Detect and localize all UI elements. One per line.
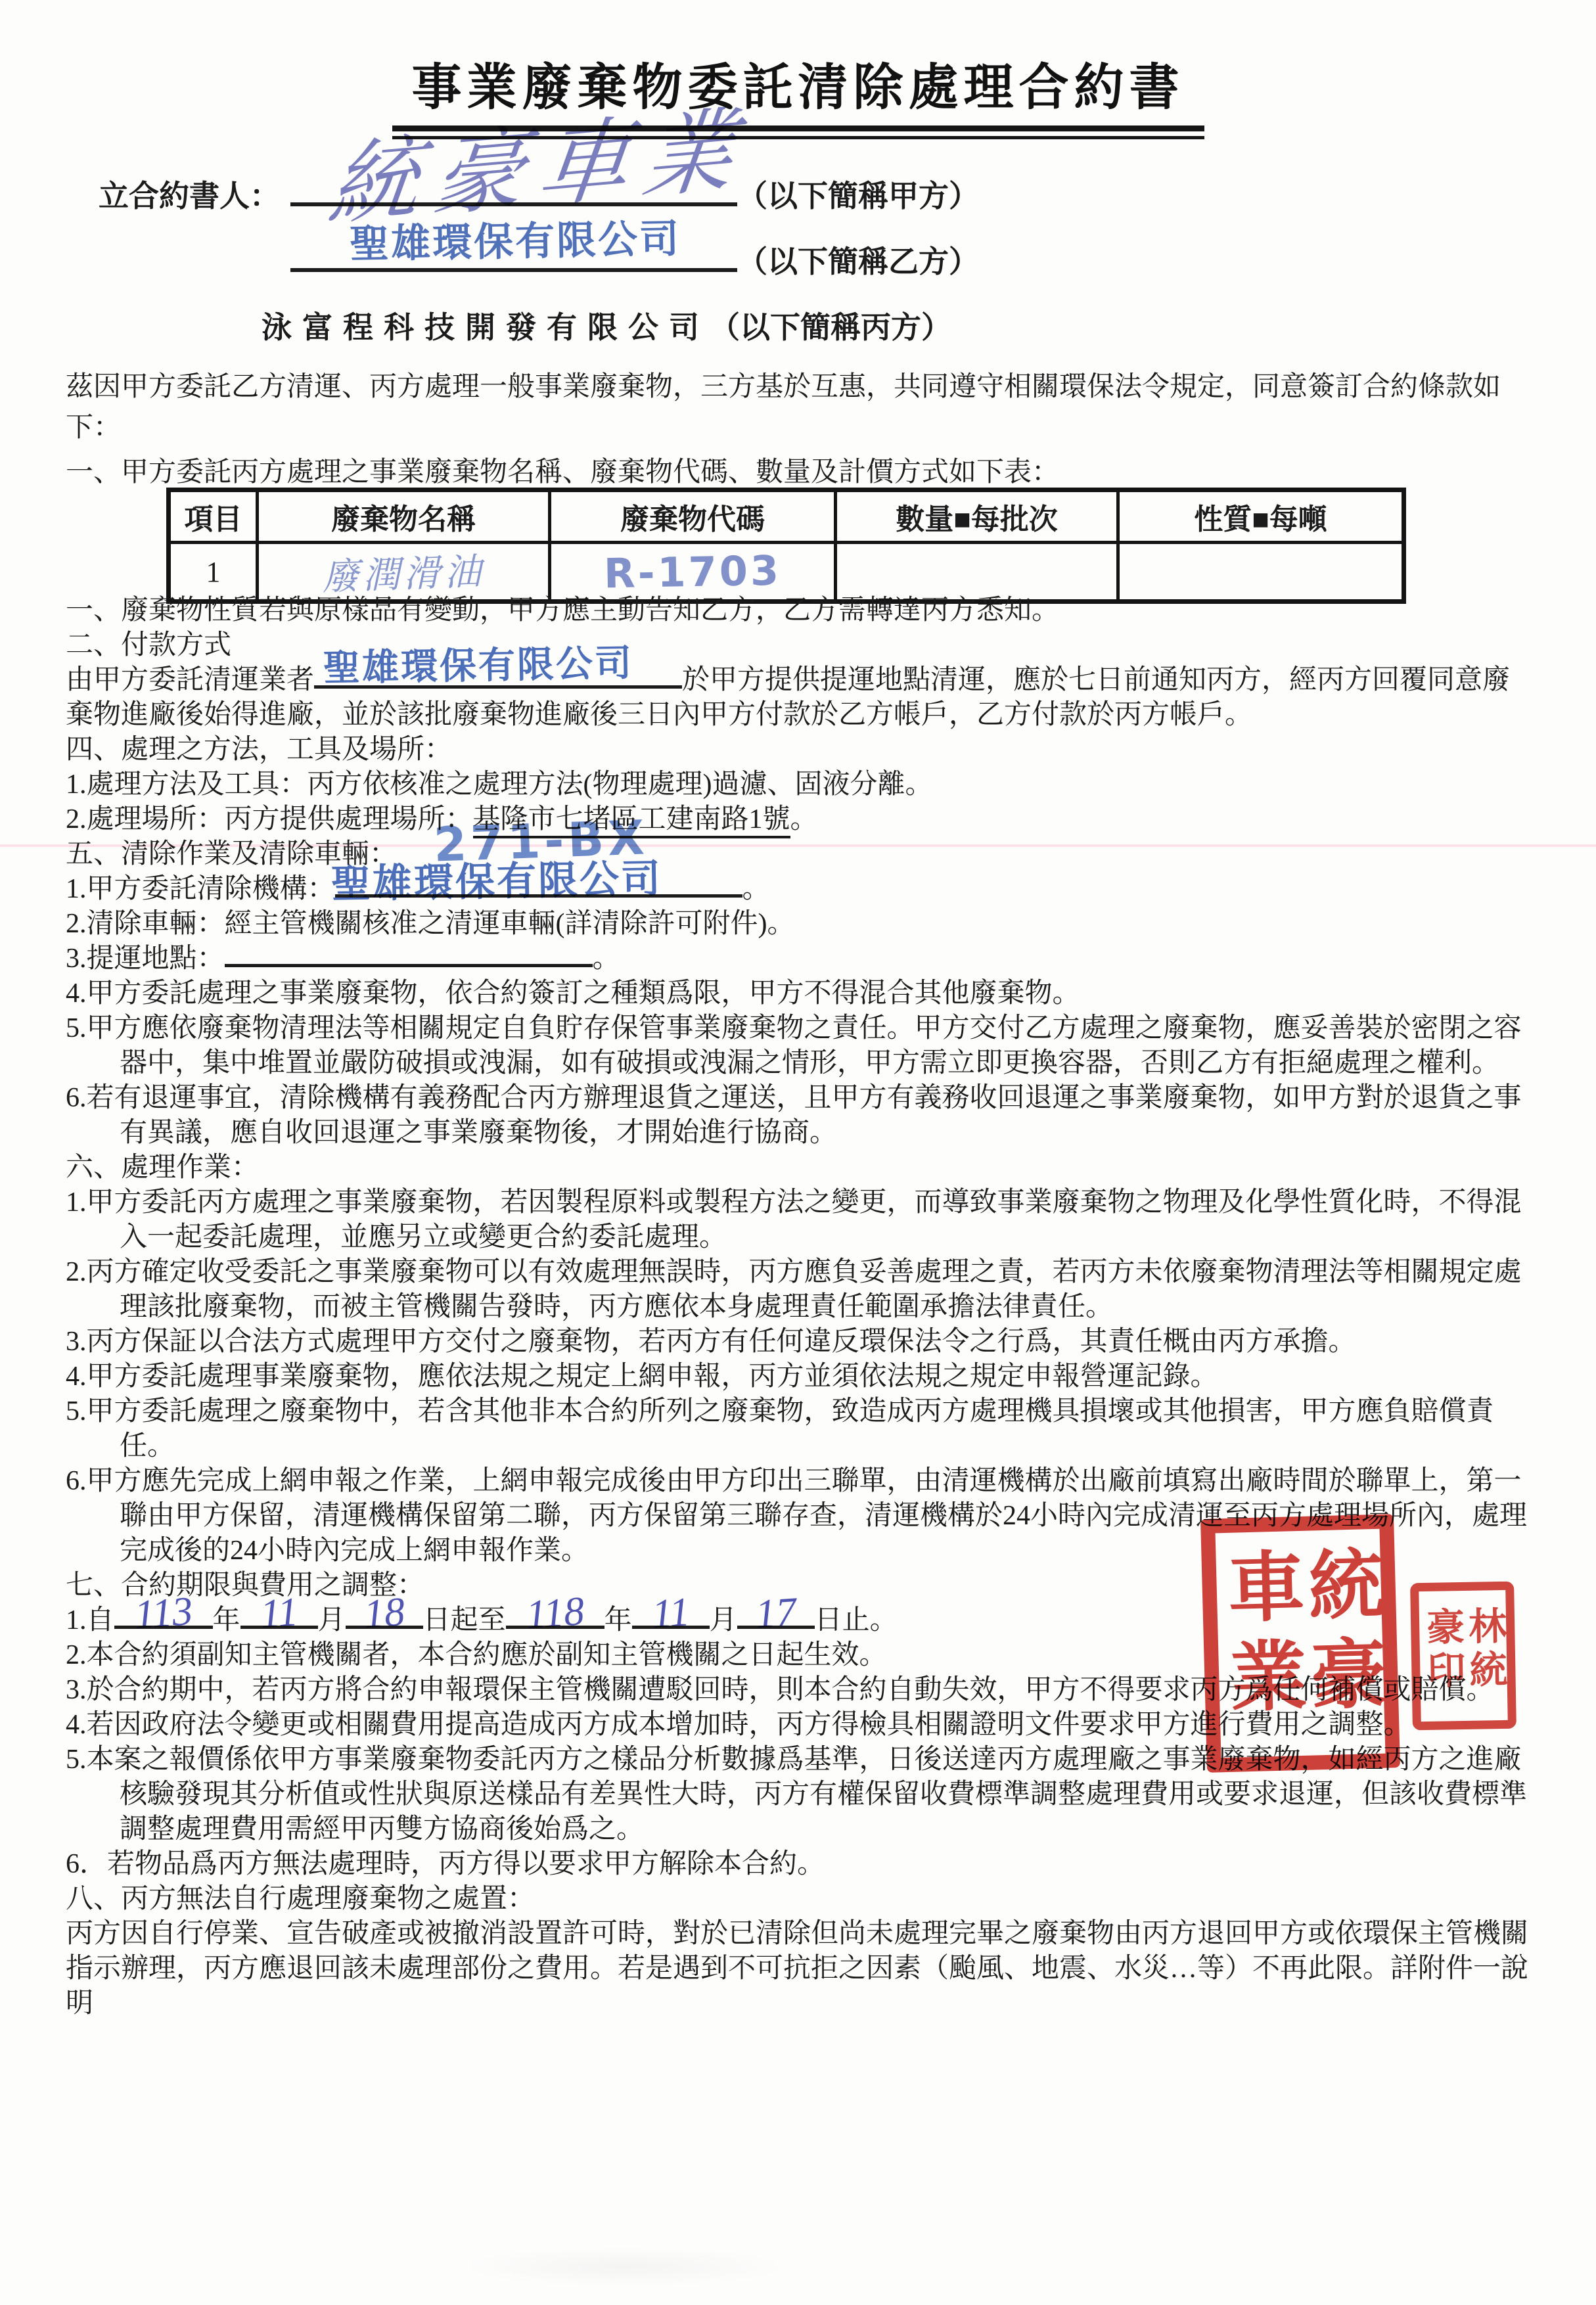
preamble-text: 茲因甲方委託乙方清運、丙方處理一般事業廢棄物，三方基於互惠，共同遵守相關環保法令… <box>66 367 1541 448</box>
contract-document-page: 事業廢棄物委託清除處理合約書 立合約書人：統豪車業（以下簡稱甲方） 聖雄環保有限… <box>0 0 1596 2305</box>
scan-artifact-smudge <box>460 2247 788 2287</box>
clause-paragraph: 1.甲方委託丙方處理之事業廢棄物，若因製程原料或製程方法之變更，而導致事業廢棄物… <box>66 1185 1531 1255</box>
remover-prefix: 1.甲方委託清除機構： <box>66 874 335 904</box>
clause-paragraph: 丙方因自行停業、宣告破產或被撤消設置許可時，對於已清除但尚未處理完畢之廢棄物由丙… <box>66 1917 1531 2021</box>
clause-paragraph: 2.清除車輛：經主管機關核准之清運車輛(詳清除許可附件)。 <box>66 907 1531 942</box>
payment-carrier-stamp: 聖雄環保有限公司 <box>323 647 634 687</box>
waste-name-handwritten: 廢潤滑油 <box>321 543 486 601</box>
col-header-quantity: 數量■每批次 <box>836 490 1118 543</box>
clause-paragraph: 5.甲方委託處理之廢棄物中，若含其他非本合約所列之廢棄物，致造成丙方處理機具損壞… <box>66 1394 1531 1464</box>
clause-paragraph: 3.丙方保証以合法方式處理甲方交付之廢棄物，若丙方有任何違反環保法令之行爲，其責… <box>66 1325 1531 1359</box>
party-b-line: 聖雄環保有限公司（以下簡稱乙方） <box>290 238 1511 281</box>
payment-blank-line: 聖雄環保有限公司 <box>314 677 682 689</box>
cell-item-number: 1 <box>169 543 258 602</box>
clause-paragraph: 2.丙方確定收受委託之事業廢棄物可以有效處理無誤時，丙方應負妥善處理之責，若丙方… <box>66 1255 1531 1325</box>
party-b-company-stamp: 聖雄環保有限公司 <box>349 208 681 270</box>
period-middle-text: 日起至 <box>423 1605 506 1635</box>
period-start-day-blank: 18 <box>346 1618 423 1629</box>
clause-remover: 1.甲方委託清除機構：271-BX聖雄環保有限公司。 <box>66 872 1531 907</box>
clause-payment-body: 由甲方委託清運業者聖雄環保有限公司於甲方提供提運地點清運，應於七日前通知丙方，經… <box>66 663 1531 733</box>
period-end-text: 日止。 <box>815 1605 898 1635</box>
period-start-month-blank: 11 <box>240 1618 318 1629</box>
clause-paragraph: 四、處理之方法，工具及場所： <box>66 733 1531 767</box>
col-header-waste-name: 廢棄物名稱 <box>258 490 550 543</box>
party-b-suffix: （以下簡稱乙方） <box>737 245 979 279</box>
clause-paragraph: 1.處理方法及工具：丙方依核准之處理方法(物理處理)過濾、固液分離。 <box>66 767 1531 802</box>
period-end-year-handwritten: 118 <box>525 1594 585 1633</box>
clause-paragraph: 五、清除作業及清除車輛： <box>66 837 1531 872</box>
clause-paragraph: 4.甲方委託處理之事業廢棄物，依合約簽訂之種類爲限，甲方不得混合其他廢棄物。 <box>66 976 1531 1011</box>
period-unit-year2: 年 <box>604 1605 632 1635</box>
period-start-year-handwritten: 113 <box>133 1594 194 1633</box>
period-start-year-blank: 113 <box>114 1618 213 1629</box>
party-a-blank-line: 統豪車業 <box>290 193 737 206</box>
table-row: 1 廢潤滑油 R-1703 <box>169 543 1404 602</box>
party-a-line: 立合約書人：統豪車業（以下簡稱甲方） <box>99 172 1511 216</box>
parties-label: 立合約書人： <box>99 172 290 216</box>
waste-table-header-row: 項目 廢棄物名稱 廢棄物代碼 數量■每批次 性質■每噸 <box>169 490 1404 543</box>
remover-blank-line: 271-BX聖雄環保有限公司 <box>335 886 742 898</box>
cell-quantity <box>836 543 1118 602</box>
clause-paragraph: 6.若有退運事宜，清除機構有義務配合丙方辦理退貨之運送，且甲方有義務收回退運之事… <box>66 1081 1531 1151</box>
clause-paragraph: 6．若物品爲丙方無法處理時，丙方得以要求甲方解除本合約。 <box>66 1847 1531 1882</box>
company-seal-stamp: 統豪車業 <box>1200 1514 1400 1773</box>
vehicle-plate-stamp: 271-BX <box>433 820 649 862</box>
clause-treatment-site: 2.處理場所：丙方提供處理場所：基隆市七堵區工建南路1號。 <box>66 802 1531 837</box>
period-end-year-blank: 118 <box>506 1618 604 1629</box>
preamble-section: 茲因甲方委託乙方清運、丙方處理一般事業廢棄物，三方基於互惠，共同遵守相關環保法令… <box>66 367 1541 493</box>
clause-paragraph: 4.甲方委託處理事業廢棄物，應依法規之規定上網申報，丙方並須依法規之規定申報營運… <box>66 1359 1531 1394</box>
period-start-day-handwritten: 18 <box>363 1595 406 1632</box>
remover-carrier-stamp: 聖雄環保有限公司 <box>331 862 662 903</box>
period-end-month-handwritten: 11 <box>650 1595 691 1632</box>
company-seal-text: 統豪車業 <box>1218 1544 1383 1743</box>
site-prefix: 2.處理場所：丙方提供處理場所： <box>66 804 473 834</box>
payment-prefix: 由甲方委託清運業者 <box>66 665 314 695</box>
period-end-month-blank: 11 <box>632 1618 710 1629</box>
period-end-day-handwritten: 17 <box>754 1595 798 1632</box>
document-header: 事業廢棄物委託清除處理合約書 <box>0 47 1596 139</box>
period-end-day-blank: 17 <box>737 1618 815 1629</box>
party-b-blank-line: 聖雄環保有限公司 <box>290 259 737 272</box>
remover-suffix: 。 <box>742 874 770 904</box>
waste-code-handwritten: R-1703 <box>603 546 781 597</box>
period-unit-month2: 月 <box>710 1605 737 1635</box>
col-header-item: 項目 <box>169 490 258 543</box>
col-header-waste-code: 廢棄物代碼 <box>550 490 836 543</box>
party-c-name: 泳富程科技開發有限公司 <box>262 311 710 344</box>
party-c-line: 泳富程科技開發有限公司（以下簡稱丙方） <box>262 304 1511 347</box>
party-c-suffix: （以下簡稱丙方） <box>710 311 951 344</box>
pickup-prefix: 3.提運地點： <box>66 944 225 974</box>
table-intro-text: 一、甲方委託丙方處理之事業廢棄物名稱、廢棄物代碼、數量及計價方式如下表： <box>66 452 1541 493</box>
clauses-section: 一、廢棄物性質若與原樣品有變動，甲方應主動告知乙方，乙方需轉達丙方悉知。 二、付… <box>66 593 1531 2021</box>
pickup-suffix: 。 <box>593 944 620 974</box>
clause-paragraph: 5.甲方應依廢棄物清理法等相關規定自負貯存保管事業廢棄物之責任。甲方交付乙方處理… <box>66 1011 1531 1081</box>
col-header-price: 性質■每噸 <box>1118 490 1404 543</box>
personal-name-seal-text: 林統豪印 <box>1421 1606 1507 1706</box>
parties-section: 立合約書人：統豪車業（以下簡稱甲方） 聖雄環保有限公司（以下簡稱乙方） 泳富程科… <box>99 172 1511 369</box>
cell-waste-code: R-1703 <box>550 543 836 602</box>
pickup-blank-line <box>225 956 593 967</box>
period-unit-year1: 年 <box>213 1605 240 1635</box>
period-prefix: 1.自 <box>66 1605 114 1635</box>
period-unit-month1: 月 <box>318 1605 346 1635</box>
period-start-month-handwritten: 11 <box>259 1595 299 1632</box>
waste-table: 項目 廢棄物名稱 廢棄物代碼 數量■每批次 性質■每噸 1 廢潤滑油 R-170… <box>166 488 1406 604</box>
party-a-suffix: （以下簡稱甲方） <box>737 179 979 213</box>
clause-pickup-location: 3.提運地點：。 <box>66 942 1531 976</box>
cell-waste-name: 廢潤滑油 <box>258 543 550 602</box>
cell-price <box>1118 543 1404 602</box>
clause-paragraph: 八、丙方無法自行處理廢棄物之處置： <box>66 1882 1531 1917</box>
site-suffix: 。 <box>790 804 818 834</box>
personal-name-seal-stamp: 林統豪印 <box>1410 1582 1516 1731</box>
clause-paragraph: 一、廢棄物性質若與原樣品有變動，甲方應主動告知乙方，乙方需轉達丙方悉知。 <box>66 593 1531 628</box>
clause-paragraph: 六、處理作業： <box>66 1151 1531 1185</box>
clause-paragraph: 二、付款方式 <box>66 628 1531 663</box>
